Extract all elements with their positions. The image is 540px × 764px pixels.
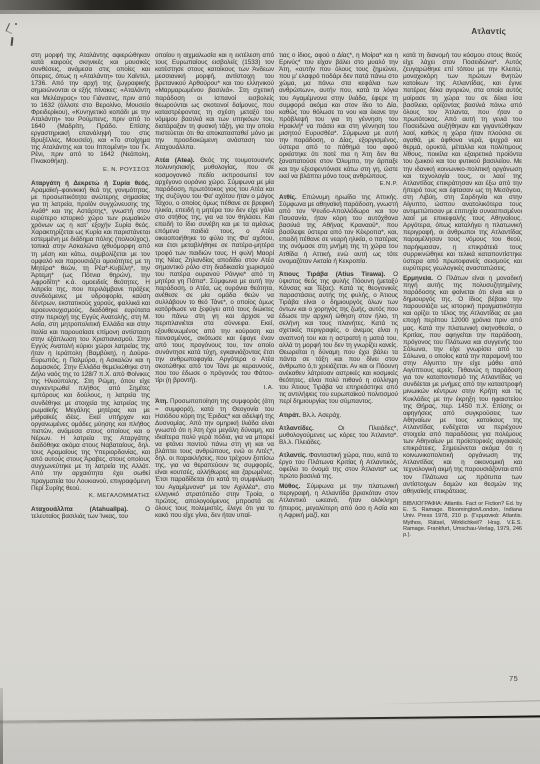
entry-atthis: Ατθίς. Επώνυμη ηρωίδα της Αττικής. Σύμφω… <box>279 194 398 265</box>
entry-atirat: Ατιράτ. Βλ.λ. Ασεράχ. <box>279 412 398 419</box>
page-number: 75 <box>509 674 518 683</box>
ati-continuation: τιας ο ίδιος, αφού ο Δίας*, η Μοίρα* και… <box>279 52 398 180</box>
text-column-1: στη μορφή της Αταλάντης αφιερώθηκαν κατά… <box>31 52 150 664</box>
scan-edge-band-soft <box>0 10 540 14</box>
entry-term: Ατθίς. <box>279 194 302 201</box>
entry-ati: Άτη. Προσωποποίηση της συμφοράς (άτη = σ… <box>155 398 274 519</box>
ataxuallpa-continuation: οποίου η αιχμαλωσία και η εκτέλεση από τ… <box>155 52 274 151</box>
scan-edge-band <box>0 0 540 10</box>
pencil-mark <box>5 23 15 34</box>
encyclopedia-page: Ατλαντίς στη μορφή της Αταλάντης αφιερώθ… <box>0 0 540 764</box>
signature: Ε. Ν. ΡΟΥΣΣΟΣ <box>31 167 150 174</box>
atlantis-ermineia: Ερμηνεία. Ο Πλάτων είναι η μοναδική πηγή… <box>403 275 522 495</box>
text-columns: στη μορφή της Αταλάντης αφιερώθηκαν κατά… <box>31 52 523 664</box>
entry-term: Ατλαντίδες. <box>279 425 338 432</box>
entry-term: Άτη. <box>155 398 170 405</box>
entry-term: Ατιράτ. <box>279 412 302 419</box>
left-page-edge <box>0 688 3 764</box>
signature: Κ. ΜΕΓΑΛΟΜΜΑΤΗΣ <box>31 493 150 500</box>
text-column-3: τιας ο ίδιος, αφού ο Δίας*, η Μοίρα* και… <box>279 52 398 664</box>
bibliography: ΒΙΒΛΙΟΓΡΑΦΙΑ: Atlantis. Fact or Fiction?… <box>403 501 522 539</box>
atlantis-continuation: κατά τη διανομή του κόσμου στους θεούς ε… <box>403 52 522 272</box>
entry-atius-tirawa: Άτιους Τιράβα (Atius Tirawa). Ο ύψιστος … <box>279 271 398 406</box>
entry-atea: Ατέα (Atea). Θεός της τουμοτουανής πολυν… <box>155 157 274 384</box>
entry-term: Άτιους Τιράβα (Atius Tirawa). <box>279 271 393 278</box>
signature: Ι.Α. <box>155 385 274 392</box>
entry-ataxuallpa: Αταχουάλλπα (Atahuallpa). Ο τελευταίος β… <box>31 506 150 520</box>
entry-term: Αταργάτη ή Δεκρετώ ή Συρία θεός. <box>31 180 150 187</box>
signature: Ε.Ν.Ρ. <box>279 181 398 188</box>
entry-atlantides: Ατλαντίδες. Οι Πλειάδες*, μυθολογούμενες… <box>279 425 398 446</box>
entry-atargati: Αταργάτη ή Δεκρετώ ή Συρία θεός. Αραμαϊκ… <box>31 180 150 492</box>
entry-term: Αταχουάλλπα (Atahuallpa). <box>31 506 145 513</box>
entry-term: Ερμηνεία. <box>403 275 437 282</box>
pencil-tick <box>11 37 14 46</box>
text-column-2: οποίου η αιχμαλωσία και η εκτέλεση από τ… <box>155 52 274 664</box>
text-column-4: κατά τη διανομή του κόσμου στους θεούς ε… <box>403 52 522 664</box>
atlantis-mythos: Μύθος. Σύμφωνα με την πλατωνική περιγραφ… <box>279 483 398 518</box>
pencil-dot <box>15 23 17 25</box>
entry-term: Ατέα (Atea). <box>155 157 200 164</box>
entry-atlantis: Ατλαντίς. Φανταστική χώρα, που, κατά το … <box>279 452 398 480</box>
below-fold-shade <box>0 720 540 764</box>
running-head: Ατλαντίς <box>471 27 506 36</box>
entry-term: Ατλαντίς. <box>279 452 309 459</box>
paper-crease <box>370 700 540 705</box>
entry-term: Μύθος. <box>279 483 307 490</box>
atalanti-continuation: στη μορφή της Αταλάντης αφιερώθηκαν κατά… <box>31 52 150 166</box>
